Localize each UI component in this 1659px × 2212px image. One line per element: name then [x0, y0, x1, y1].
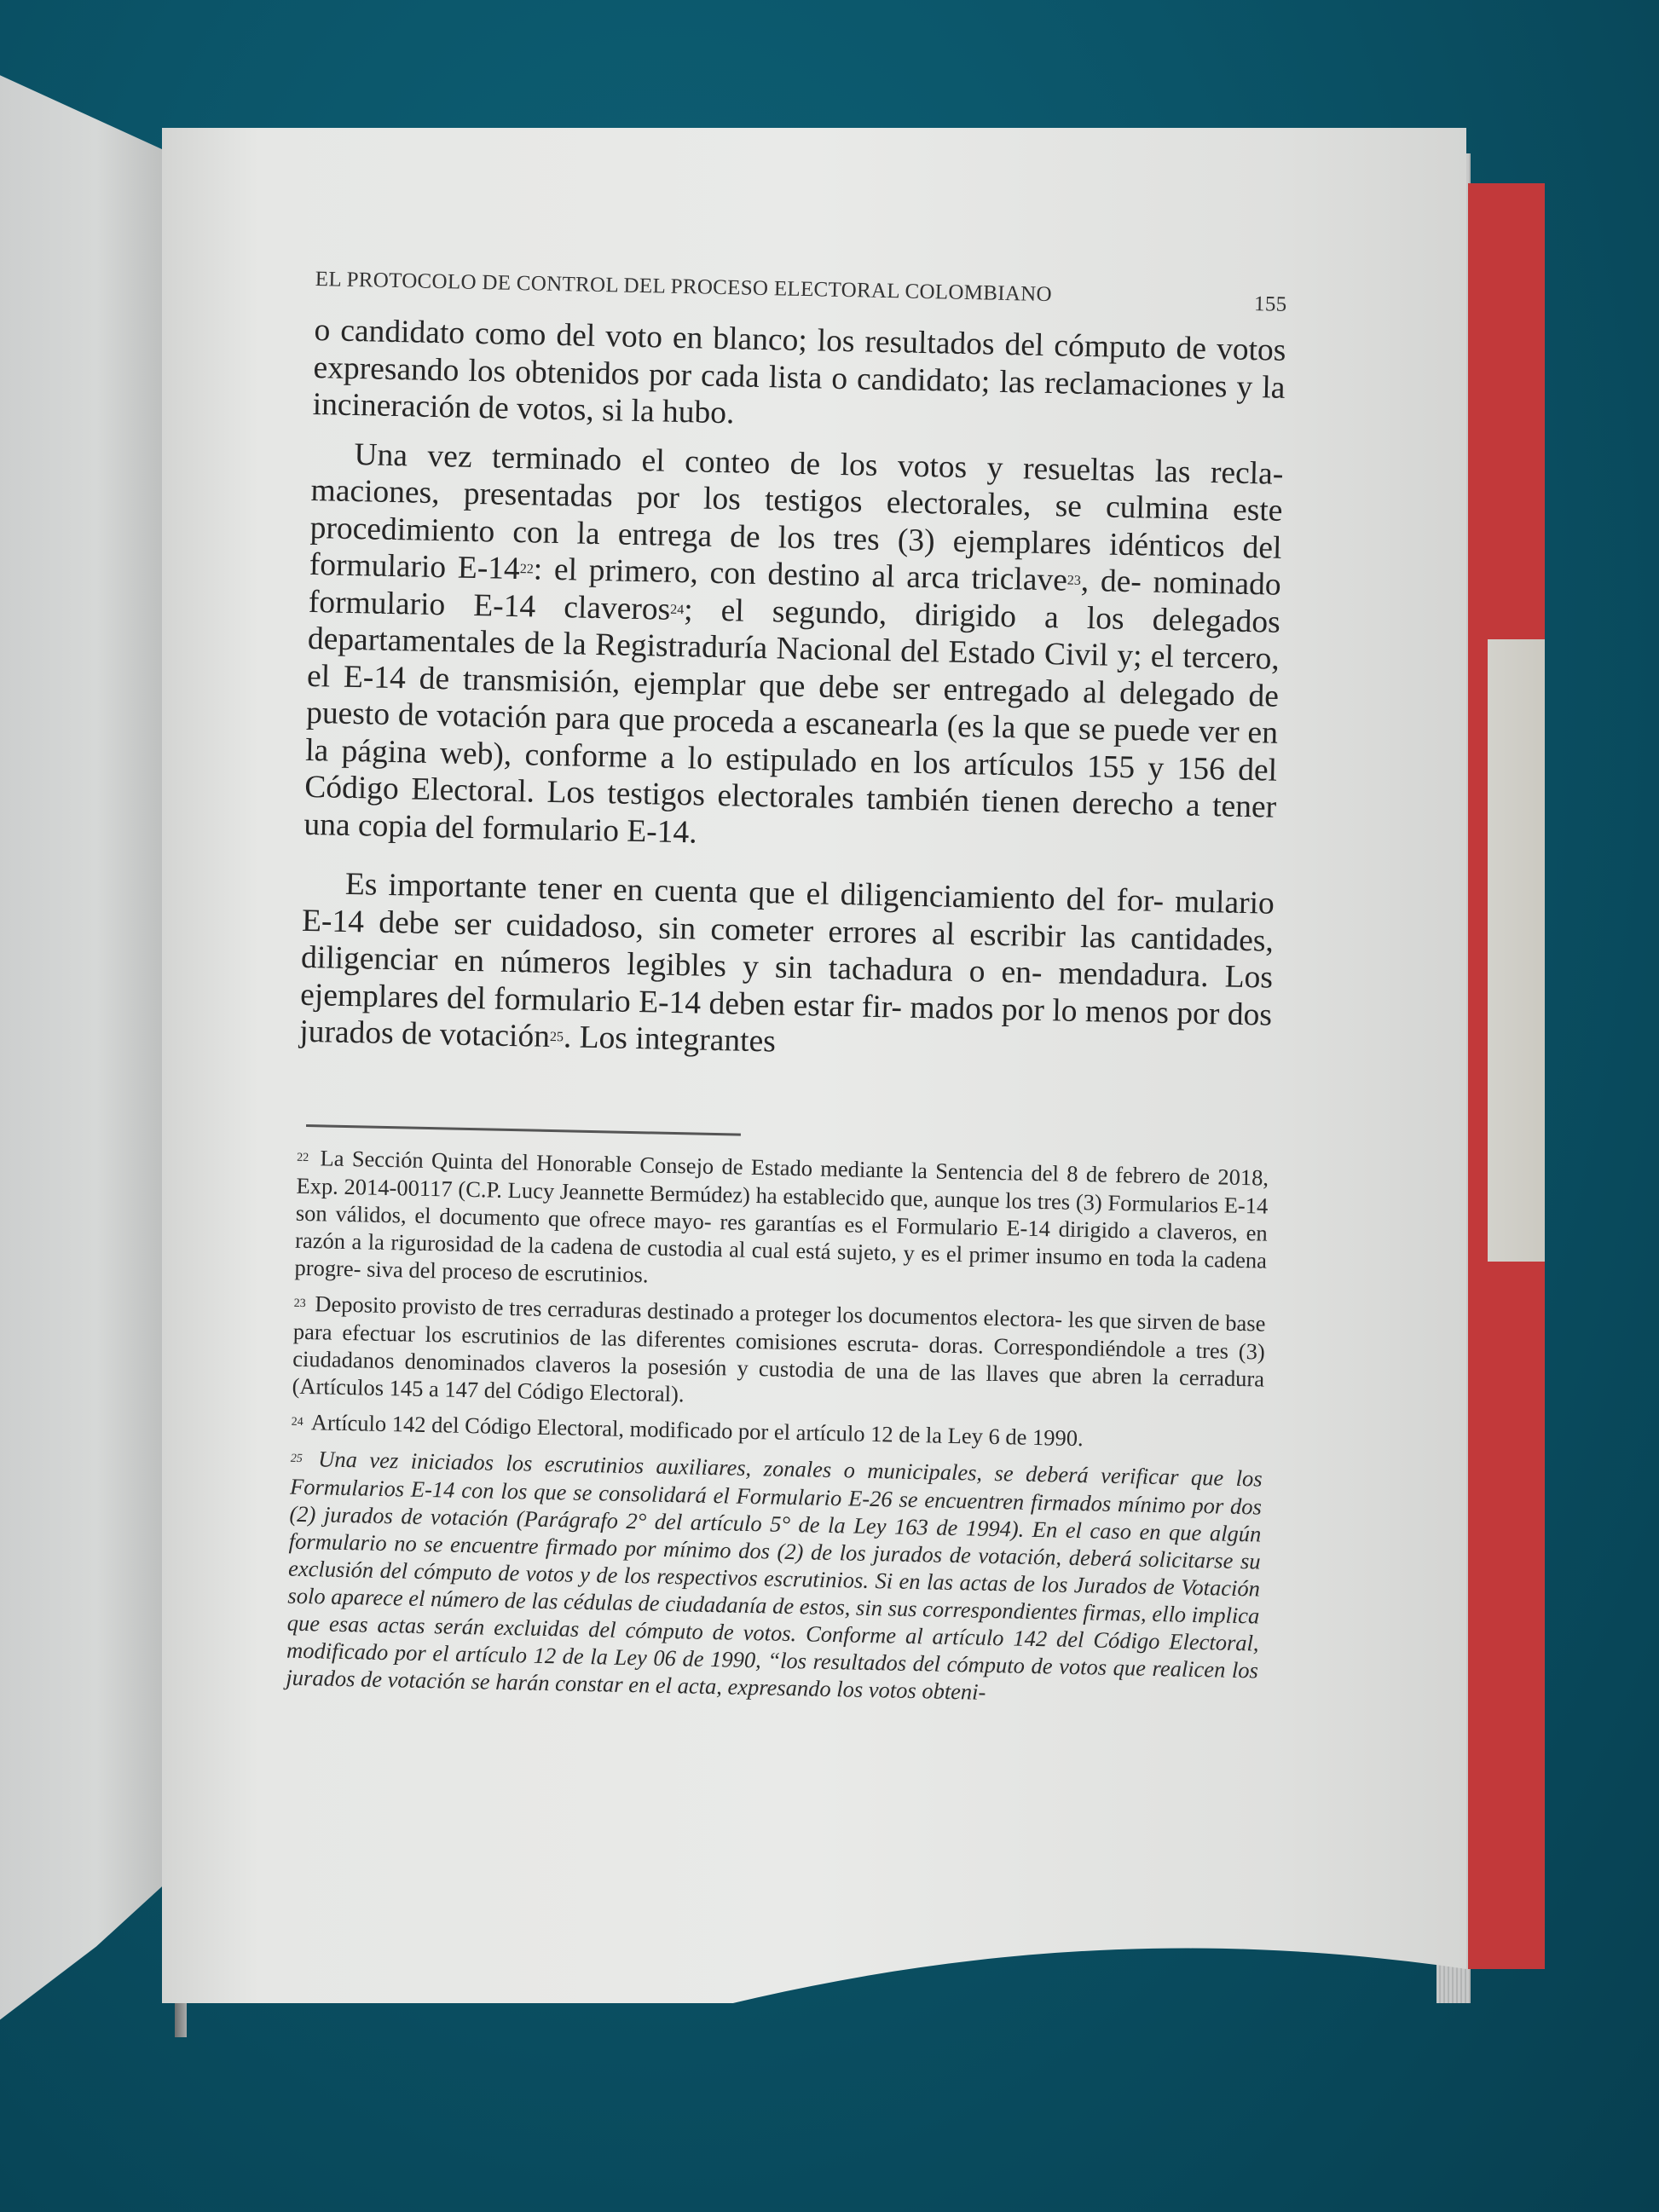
previous-page: [0, 60, 183, 2046]
footnote-number: 23: [294, 1297, 306, 1309]
cover-label-band: [1488, 639, 1545, 1262]
footnote-number: 22: [297, 1151, 309, 1164]
paragraph-2: Una vez terminado el conteo de los votos…: [303, 435, 1284, 863]
page-number: 155: [1254, 292, 1287, 317]
paragraph-1: o candidato como del voto en blanco; los…: [312, 312, 1286, 443]
footnote-23: 23 Deposito provisto de tres cerraduras …: [292, 1289, 1265, 1419]
footnote-25: 25 Una vez iniciados los escrutinios aux…: [286, 1444, 1263, 1711]
footnote-22: 22 La Sección Quinta del Honorable Conse…: [294, 1143, 1269, 1301]
body-text: o candidato como del voto en blanco; los…: [299, 312, 1286, 1071]
footnote-ref-22[interactable]: 22: [520, 562, 534, 576]
footnote-number: 25: [291, 1452, 303, 1464]
footnote-number: 24: [292, 1415, 303, 1428]
page-content: EL PROTOCOLO DE CONTROL DEL PROCESO ELEC…: [286, 273, 1287, 1719]
footnote-separator: [306, 1123, 741, 1135]
footnotes: 22 La Sección Quinta del Honorable Conse…: [286, 1143, 1269, 1711]
paragraph-3: Es importante tener en cuenta que el dil…: [299, 865, 1275, 1071]
footnote-ref-24[interactable]: 24: [670, 602, 684, 616]
footnote-ref-23[interactable]: 23: [1067, 574, 1081, 588]
footnote-ref-25[interactable]: 25: [550, 1030, 564, 1044]
